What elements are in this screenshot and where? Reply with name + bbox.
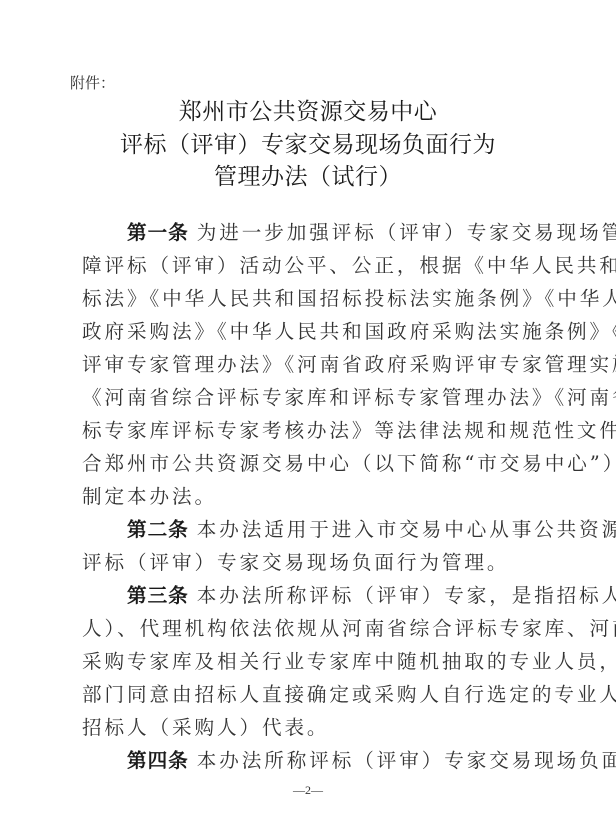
article-3-line: 部门同意由招标人直接确定或采购人自行选定的专业人员，以及: [82, 678, 556, 711]
document-body: 第一条为进一步加强评标（评审）专家交易现场管理，保 障评标（评审）活动公平、公正…: [82, 216, 556, 777]
article-1-line: 《河南省综合评标专家库和评标专家管理办法》《河南省综合评: [82, 381, 556, 414]
article-1-heading: 第一条: [127, 221, 189, 244]
article-1-first-line: 第一条为进一步加强评标（评审）专家交易现场管理，保: [82, 216, 556, 249]
title-line-1: 郑州市公共资源交易中心: [0, 96, 616, 129]
article-1-line: 政府采购法》《中华人民共和国政府采购法实施条例》《政府采购: [82, 315, 556, 348]
article-1-line: 合郑州市公共资源交易中心（以下简称“市交易中心”）实际，: [82, 447, 556, 480]
attachment-label: 附件：: [70, 72, 115, 93]
article-text: 本办法所称评标（评审）专家，是指招标人（采购: [197, 584, 616, 607]
article-1-line: 制定本办法。: [82, 480, 556, 513]
page-number: —2—: [0, 783, 616, 798]
article-1-line: 标专家库评标专家考核办法》等法律法规和规范性文件规定，结: [82, 414, 556, 447]
article-4-first-line: 第四条本办法所称评标（评审）专家交易现场负面行为，: [82, 744, 556, 777]
article-text: 为进一步加强评标（评审）专家交易现场管理，保: [197, 221, 616, 244]
article-3-line: 采购专家库及相关行业专家库中随机抽取的专业人员，或经有关: [82, 645, 556, 678]
article-1-line: 标法》《中华人民共和国招标投标法实施条例》《中华人民共和国: [82, 282, 556, 315]
article-3-line: 人）、代理机构依法依规从河南省综合评标专家库、河南省政府: [82, 612, 556, 645]
document-title: 郑州市公共资源交易中心 评标（评审）专家交易现场负面行为 管理办法（试行）: [0, 96, 616, 194]
article-2-heading: 第二条: [127, 518, 189, 541]
article-text: 本办法所称评标（评审）专家交易现场负面行为，: [197, 749, 616, 772]
title-line-3: 管理办法（试行）: [0, 161, 616, 194]
article-2-line: 评标（评审）专家交易现场负面行为管理。: [82, 546, 556, 579]
title-line-2: 评标（评审）专家交易现场负面行为: [0, 129, 616, 162]
article-1-line: 障评标（评审）活动公平、公正，根据《中华人民共和国招标投: [82, 249, 556, 282]
article-3-heading: 第三条: [127, 584, 189, 607]
article-text: 本办法适用于进入市交易中心从事公共资源交易的: [197, 518, 616, 541]
article-2-first-line: 第二条本办法适用于进入市交易中心从事公共资源交易的: [82, 513, 556, 546]
article-4-heading: 第四条: [127, 749, 189, 772]
article-3-line: 招标人（采购人）代表。: [82, 711, 556, 744]
article-1-line: 评审专家管理办法》《河南省政府采购评审专家管理实施办法》: [82, 348, 556, 381]
article-3-first-line: 第三条本办法所称评标（评审）专家，是指招标人（采购: [82, 579, 556, 612]
